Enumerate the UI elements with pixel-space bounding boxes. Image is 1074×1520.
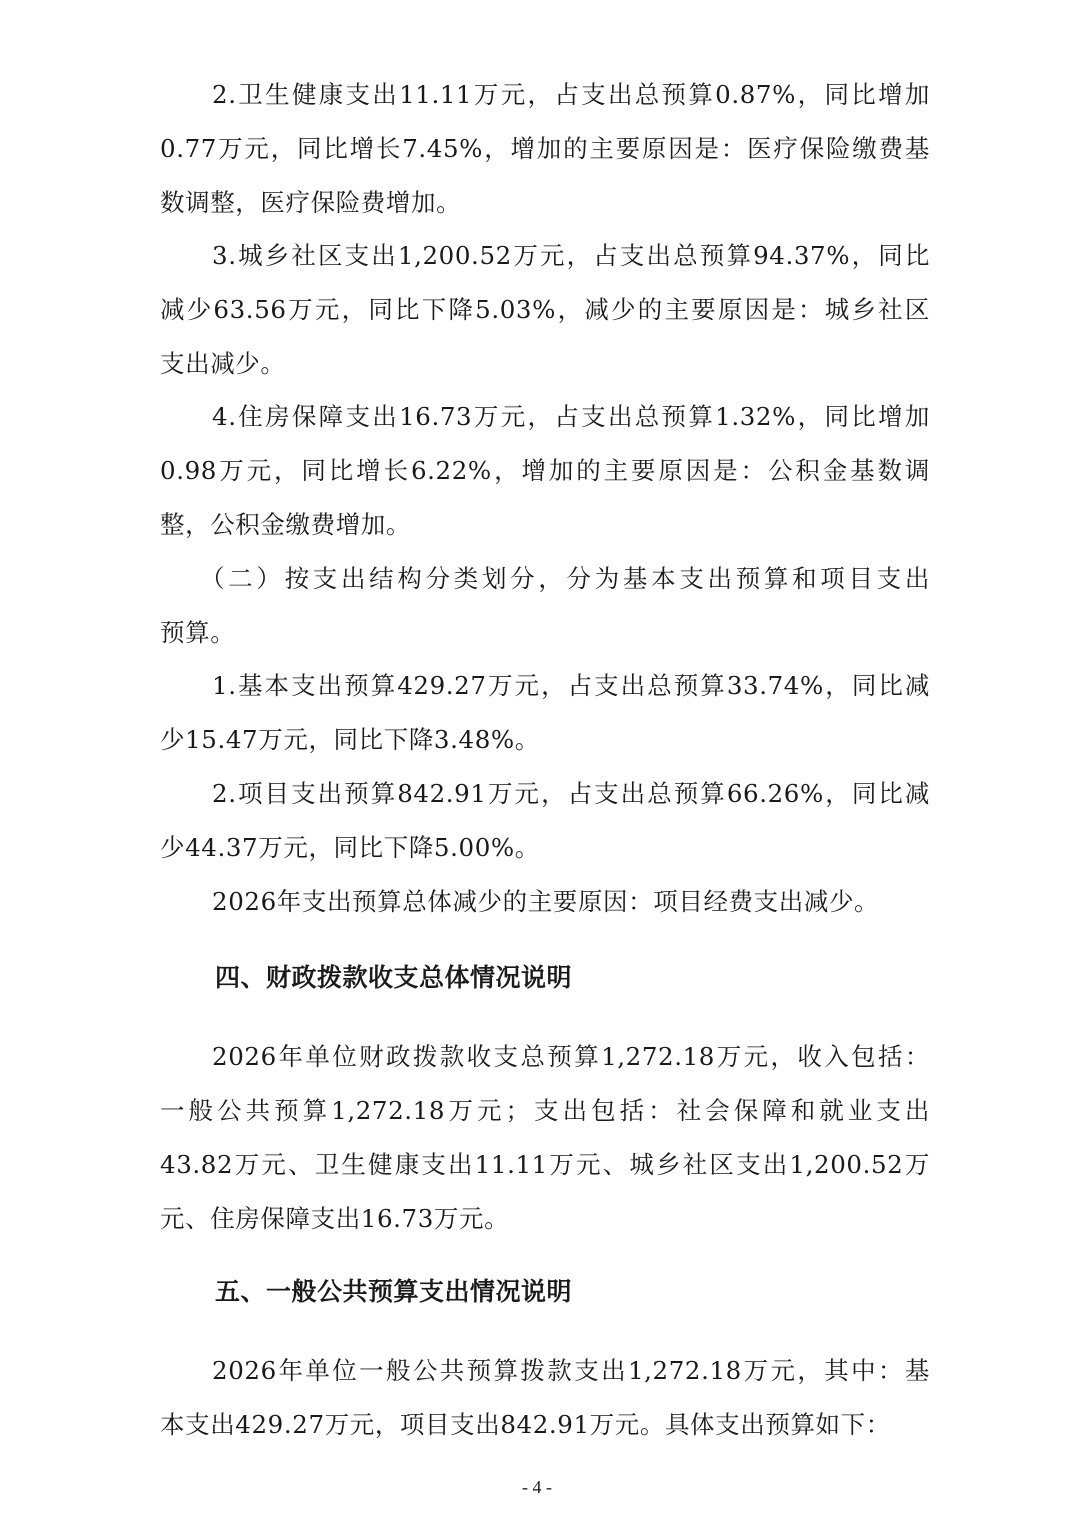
health-paragraph-line-3: 数调整，医疗保险费增加。 [160, 187, 930, 219]
urban-rural-paragraph-line-3: 支出减少。 [160, 348, 930, 380]
section-4-line-2: 一般公共预算1,272.18万元；支出包括：社会保障和就业支出 [160, 1095, 930, 1127]
housing-paragraph-line-3: 整，公积金缴费增加。 [160, 509, 930, 541]
section-4-line-4: 元、住房保障支出16.73万元。 [160, 1203, 930, 1235]
basic-expense-line-2: 少15.47万元，同比下降3.48%。 [160, 724, 930, 756]
document-page: 2.卫生健康支出11.11万元，占支出总预算0.87%，同比增加 0.77万元，… [0, 0, 1074, 1520]
section-4-line-3: 43.82万元、卫生健康支出11.11万元、城乡社区支出1,200.52万 [160, 1149, 930, 1181]
section-4-line-1: 2026年单位财政拨款收支总预算1,272.18万元，收入包括： [212, 1041, 930, 1073]
urban-rural-paragraph-line-1: 3.城乡社区支出1,200.52万元，占支出总预算94.37%，同比 [212, 240, 930, 272]
basic-expense-line-1: 1.基本支出预算429.27万元，占支出总预算33.74%，同比减 [212, 670, 930, 702]
page-number: - 4 - [0, 1476, 1074, 1498]
section-5-line-2: 本支出429.27万元，项目支出842.91万元。具体支出预算如下： [160, 1409, 930, 1441]
section-4-heading: 四、财政拨款收支总体情况说明 [215, 961, 572, 995]
housing-paragraph-line-2: 0.98万元，同比增长6.22%，增加的主要原因是：公积金基数调 [160, 455, 930, 487]
structure-intro-line-1: （二）按支出结构分类划分，分为基本支出预算和项目支出 [200, 563, 930, 595]
project-expense-line-2: 少44.37万元，同比下降5.00%。 [160, 832, 930, 864]
health-paragraph-line-1: 2.卫生健康支出11.11万元，占支出总预算0.87%，同比增加 [212, 79, 930, 111]
section-5-line-1: 2026年单位一般公共预算拨款支出1,272.18万元，其中：基 [212, 1355, 930, 1387]
health-paragraph-line-2: 0.77万元，同比增长7.45%，增加的主要原因是：医疗保险缴费基 [160, 133, 930, 165]
section-5-heading: 五、一般公共预算支出情况说明 [215, 1275, 572, 1309]
structure-intro-line-2: 预算。 [160, 617, 930, 649]
summary-line: 2026年支出预算总体减少的主要原因：项目经费支出减少。 [212, 886, 930, 918]
urban-rural-paragraph-line-2: 减少63.56万元，同比下降5.03%，减少的主要原因是：城乡社区 [160, 294, 930, 326]
project-expense-line-1: 2.项目支出预算842.91万元，占支出总预算66.26%，同比减 [212, 778, 930, 810]
housing-paragraph-line-1: 4.住房保障支出16.73万元，占支出总预算1.32%，同比增加 [212, 401, 930, 433]
